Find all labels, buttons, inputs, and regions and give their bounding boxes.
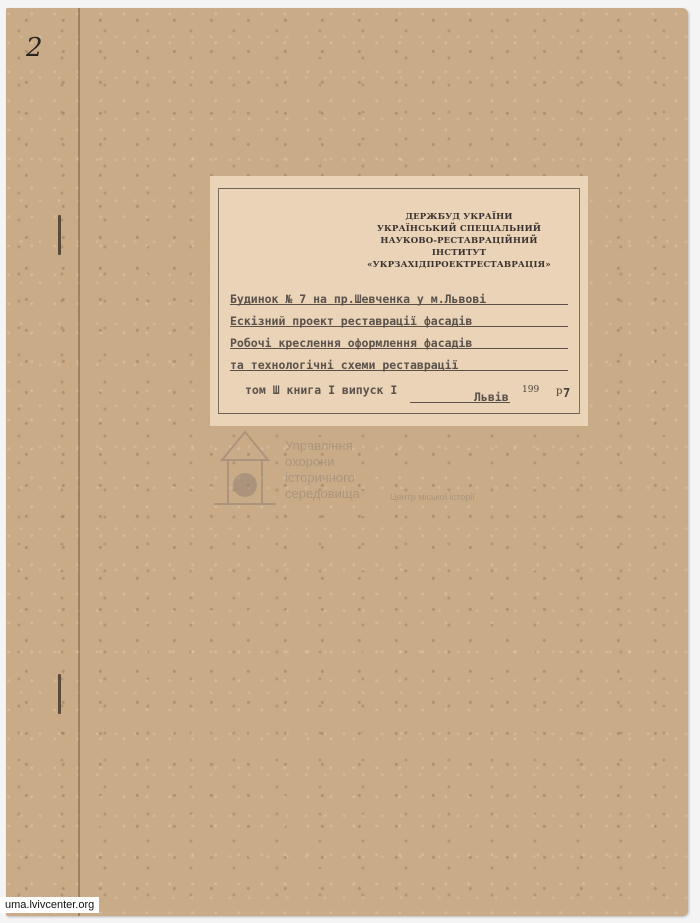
year-printed: 199 xyxy=(522,385,539,395)
fold-line xyxy=(78,8,80,916)
source-badge: uma.lvivcenter.org xyxy=(0,897,99,913)
institute-line: «УКРЗАХІДПРОЕКТРЕСТАВРАЦІЯ» xyxy=(354,259,564,271)
institute-line: НАУКОВО-РЕСТАВРАЦІЙНИЙ xyxy=(354,235,564,247)
institute-line: ІНСТИТУТ xyxy=(354,247,564,259)
rule xyxy=(230,326,568,327)
staple-bottom xyxy=(58,674,61,714)
institute-line: УКРАЇНСЬКИЙ СПЕЦІАЛЬНИЙ xyxy=(354,223,564,235)
rule xyxy=(230,348,568,349)
institute-line: ДЕРЖБУД УКРАЇНИ xyxy=(354,211,564,223)
volume-line: том Ш книга I випуск I xyxy=(245,383,397,397)
rule xyxy=(230,304,568,305)
city: Львів xyxy=(474,390,509,404)
staple-top xyxy=(58,215,61,255)
year-digit: 7 xyxy=(563,386,570,400)
cover-label: ДЕРЖБУД УКРАЇНИ УКРАЇНСЬКИЙ СПЕЦІАЛЬНИЙ … xyxy=(210,176,588,426)
institute-header: ДЕРЖБУД УКРАЇНИ УКРАЇНСЬКИЙ СПЕЦІАЛЬНИЙ … xyxy=(354,211,564,271)
page-number: 2 xyxy=(26,33,43,63)
rule xyxy=(230,370,568,371)
folder-cover: 2 xyxy=(6,8,688,916)
year-suffix: р xyxy=(556,386,562,397)
